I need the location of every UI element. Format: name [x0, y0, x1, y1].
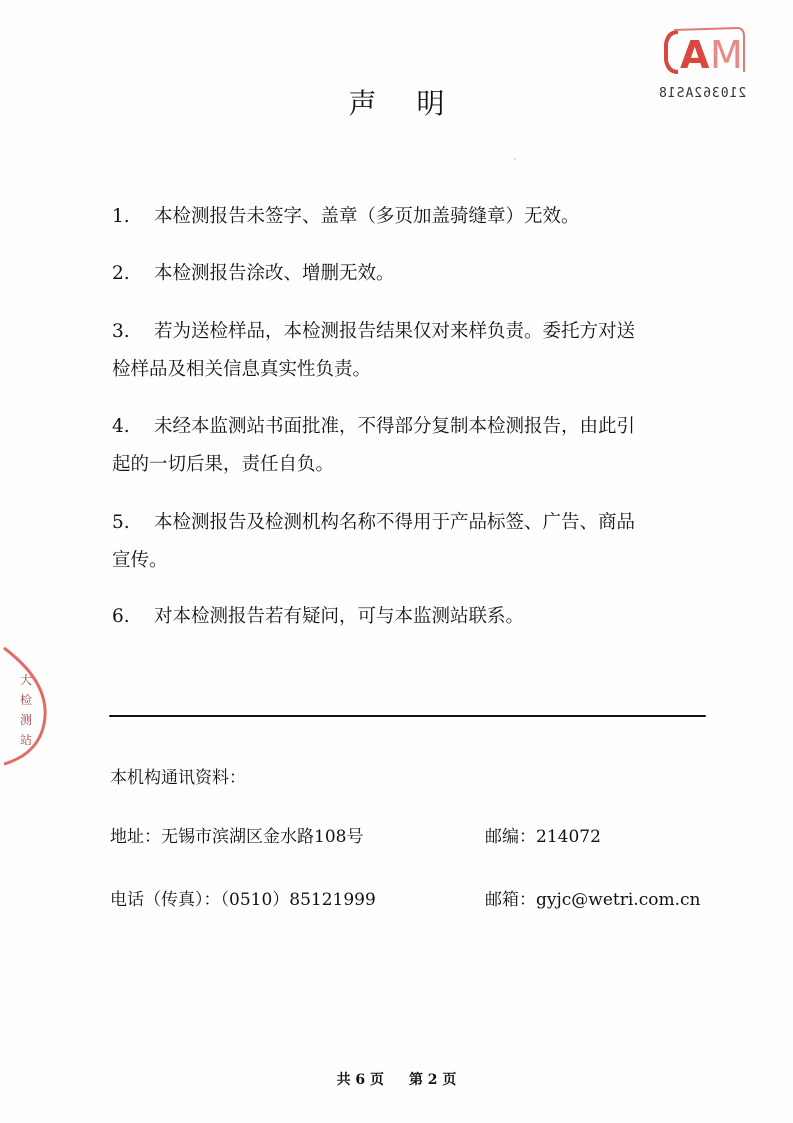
statement-2: 2.本检测报告涂改、增删无效。 [112, 255, 712, 293]
statement-number: 6. [112, 598, 154, 636]
contact-address: 地址：无锡市滨湖区金水路108号 [110, 822, 363, 847]
statement-number: 1. [112, 198, 154, 236]
svg-text:A: A [680, 33, 710, 77]
document-page: A M 210362AS18 大 检 测 站 声明 ˺ 1.本检测报告未签字、盖… [0, 0, 793, 1123]
statement-text: 对本检测报告若有疑问，可与本监测站联系。 [154, 606, 524, 627]
statement-text-cont: 宣传。 [112, 542, 712, 580]
statement-text-cont: 起的一切后果，责任自负。 [112, 446, 712, 484]
page-title: 声明 [0, 82, 793, 122]
statement-text: 本检测报告涂改、增删无效。 [154, 263, 395, 284]
page-current: 第 2 页 [409, 1072, 457, 1088]
svg-text:M: M [710, 33, 743, 77]
statement-3: 3.若为送检样品，本检测报告结果仅对来样负责。委托方对送 检样品及相关信息真实性… [112, 313, 712, 389]
am-stamp-icon: A M [660, 26, 746, 78]
statement-text: 本检测报告及检测机构名称不得用于产品标签、广告、商品 [154, 512, 635, 533]
page-footer: 共 6 页 第 2 页 [0, 1069, 793, 1089]
statement-5: 5.本检测报告及检测机构名称不得用于产品标签、广告、商品 宣传。 [112, 504, 712, 580]
statement-number: 2. [112, 255, 154, 293]
statement-6: 6.对本检测报告若有疑问，可与本监测站联系。 [112, 598, 712, 636]
statement-text: 若为送检样品，本检测报告结果仅对来样负责。委托方对送 [154, 321, 635, 342]
svg-text:检: 检 [20, 692, 32, 707]
statement-number: 5. [112, 504, 154, 542]
svg-text:测: 测 [20, 713, 32, 727]
contact-postcode: 邮编：214072 [485, 822, 601, 847]
statement-text: 未经本监测站书面批准，不得部分复制本检测报告，由此引 [154, 416, 635, 437]
side-seal-icon: 大 检 测 站 [0, 644, 52, 768]
statement-text-cont: 检样品及相关信息真实性负责。 [112, 351, 712, 389]
svg-text:大: 大 [20, 672, 32, 687]
contact-email: 邮箱：gyjc@wetri.com.cn [485, 885, 700, 910]
page-total: 共 6 页 [337, 1072, 385, 1088]
statement-4: 4.未经本监测站书面批准，不得部分复制本检测报告，由此引 起的一切后果，责任自负… [112, 408, 712, 484]
svg-text:站: 站 [20, 732, 32, 747]
statement-1: 1.本检测报告未签字、盖章（多页加盖骑缝章）无效。 [112, 198, 712, 236]
divider-line [109, 715, 706, 717]
contact-heading: 本机构通讯资料： [110, 763, 246, 788]
statement-number: 4. [112, 408, 154, 446]
scan-mark: ˺ [513, 157, 516, 168]
contact-phone: 电话（传真）：（0510）85121999 [110, 885, 376, 910]
statement-text: 本检测报告未签字、盖章（多页加盖骑缝章）无效。 [154, 206, 580, 227]
statement-number: 3. [112, 313, 154, 351]
